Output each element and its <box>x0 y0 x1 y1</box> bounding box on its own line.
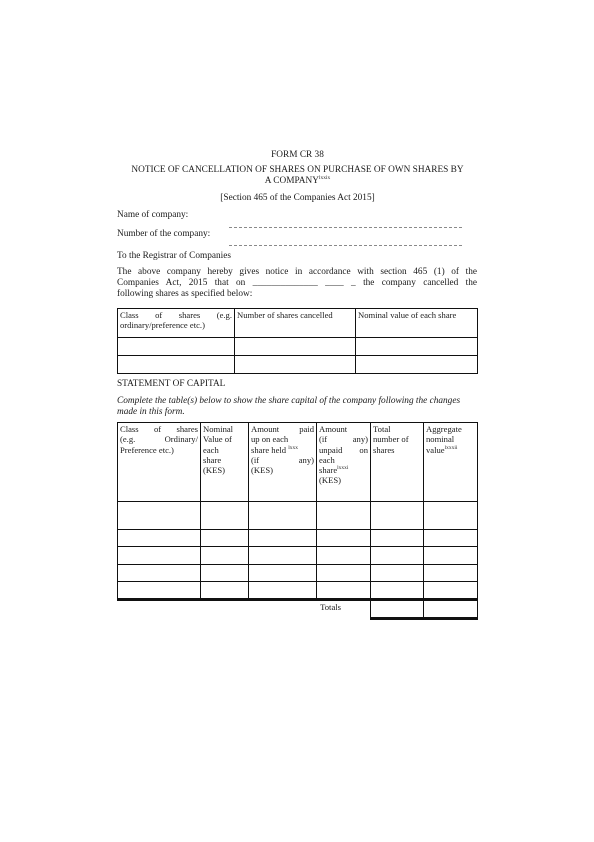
cell-input[interactable] <box>118 582 201 600</box>
cell-input[interactable] <box>201 530 249 547</box>
header-number-cancelled: Number of shares cancelled <box>235 309 356 338</box>
notice-line2: Companies Act, 2015 that on ____________… <box>117 278 477 289</box>
cell-input[interactable] <box>249 502 317 530</box>
form-code: FORM CR 38 <box>110 150 485 160</box>
total-aggregate-cell[interactable] <box>424 600 478 619</box>
cell-input[interactable] <box>424 547 478 565</box>
cell-input[interactable] <box>356 356 478 374</box>
cell-input[interactable] <box>371 547 424 565</box>
header-aggregate-value: Aggregatenominalvaluelxxxii <box>424 423 478 502</box>
cancellation-table: Class of shares (e.g.ordinary/preference… <box>117 308 478 374</box>
capital-table-header: Class of shares (e.g. Ordinary/ Preferen… <box>118 423 478 502</box>
cell-input[interactable] <box>371 502 424 530</box>
header-total-shares: Totalnumber ofshares <box>371 423 424 502</box>
form-title: NOTICE OF CANCELLATION OF SHARES ON PURC… <box>110 165 485 187</box>
footnote-ref: lxxxi <box>337 465 348 471</box>
header-nominal-value: Nominal value of each share <box>356 309 478 338</box>
cell-input[interactable] <box>201 582 249 600</box>
company-name-label: Name of company: <box>117 210 188 220</box>
cell-input[interactable] <box>317 530 371 547</box>
footnote-ref: lxxx <box>288 445 298 451</box>
cell-input[interactable] <box>201 547 249 565</box>
section-reference: [Section 465 of the Companies Act 2015] <box>110 193 485 203</box>
cell-input[interactable] <box>118 356 235 374</box>
cell-input[interactable] <box>424 582 478 600</box>
total-shares-cell[interactable] <box>371 600 424 619</box>
form-title-line2: A COMPANY <box>265 176 319 186</box>
table-row <box>118 582 478 600</box>
cell-input[interactable] <box>424 502 478 530</box>
cell-input[interactable] <box>118 338 235 356</box>
footnote-ref: lxxxii <box>445 445 458 451</box>
cell-input[interactable] <box>371 565 424 582</box>
table-row <box>118 502 478 530</box>
statement-instruction: Complete the table(s) below to show the … <box>117 396 462 418</box>
cell-input[interactable] <box>424 565 478 582</box>
header-class-of-shares: Class of shares (e.g.ordinary/preference… <box>118 309 235 338</box>
cell-input[interactable] <box>201 502 249 530</box>
cell-input[interactable] <box>249 582 317 600</box>
footnote-ref: lxxix <box>319 175 330 181</box>
header-amount-paid: Amount paid up on each share held lxxx (… <box>249 423 317 502</box>
notice-paragraph: The above company hereby gives notice in… <box>117 267 477 299</box>
cancellation-table-header: Class of shares (e.g.ordinary/preference… <box>118 309 478 338</box>
cell-input[interactable] <box>371 530 424 547</box>
cell-input[interactable] <box>317 547 371 565</box>
cell-input[interactable] <box>118 565 201 582</box>
cell-input[interactable] <box>424 530 478 547</box>
cell-input[interactable] <box>249 547 317 565</box>
statement-heading: STATEMENT OF CAPITAL <box>117 379 225 389</box>
cell-input[interactable] <box>356 338 478 356</box>
capital-table: Class of shares (e.g. Ordinary/ Preferen… <box>117 422 478 620</box>
notice-line3: following shares as specified below: <box>117 289 477 300</box>
cell-input[interactable] <box>118 547 201 565</box>
cell-input[interactable] <box>201 565 249 582</box>
table-row <box>118 530 478 547</box>
totals-label: Totals <box>118 600 371 619</box>
form-title-line1: NOTICE OF CANCELLATION OF SHARES ON PURC… <box>131 165 463 175</box>
header-class-of-shares: Class of shares (e.g. Ordinary/ Preferen… <box>118 423 201 502</box>
cell-input[interactable] <box>235 338 356 356</box>
company-number-label: Number of the company: <box>117 229 210 239</box>
cell-input[interactable] <box>371 582 424 600</box>
addressee: To the Registrar of Companies <box>117 251 231 261</box>
table-row <box>118 565 478 582</box>
notice-line2-post: the company cancelled the <box>363 278 477 288</box>
cancellation-date-field[interactable]: ______________ ____ _ <box>253 278 356 288</box>
table-row <box>118 338 478 356</box>
notice-line2-pre: Companies Act, 2015 that on <box>117 278 245 288</box>
totals-row: Totals <box>118 600 478 619</box>
cell-input[interactable] <box>118 530 201 547</box>
cell-input[interactable] <box>118 502 201 530</box>
cell-input[interactable] <box>317 565 371 582</box>
cell-input[interactable] <box>249 530 317 547</box>
header-nominal-value: NominalValue ofeachshare(KES) <box>201 423 249 502</box>
cell-input[interactable] <box>249 565 317 582</box>
company-number-field[interactable] <box>229 245 462 246</box>
cell-input[interactable] <box>317 502 371 530</box>
header-amount-unpaid: Amount (if any) unpaid on each sharelxxx… <box>317 423 371 502</box>
company-name-field[interactable] <box>229 227 462 228</box>
notice-line1: The above company hereby gives notice in… <box>117 267 477 278</box>
table-row <box>118 356 478 374</box>
cell-input[interactable] <box>317 582 371 600</box>
cell-input[interactable] <box>235 356 356 374</box>
table-row <box>118 547 478 565</box>
